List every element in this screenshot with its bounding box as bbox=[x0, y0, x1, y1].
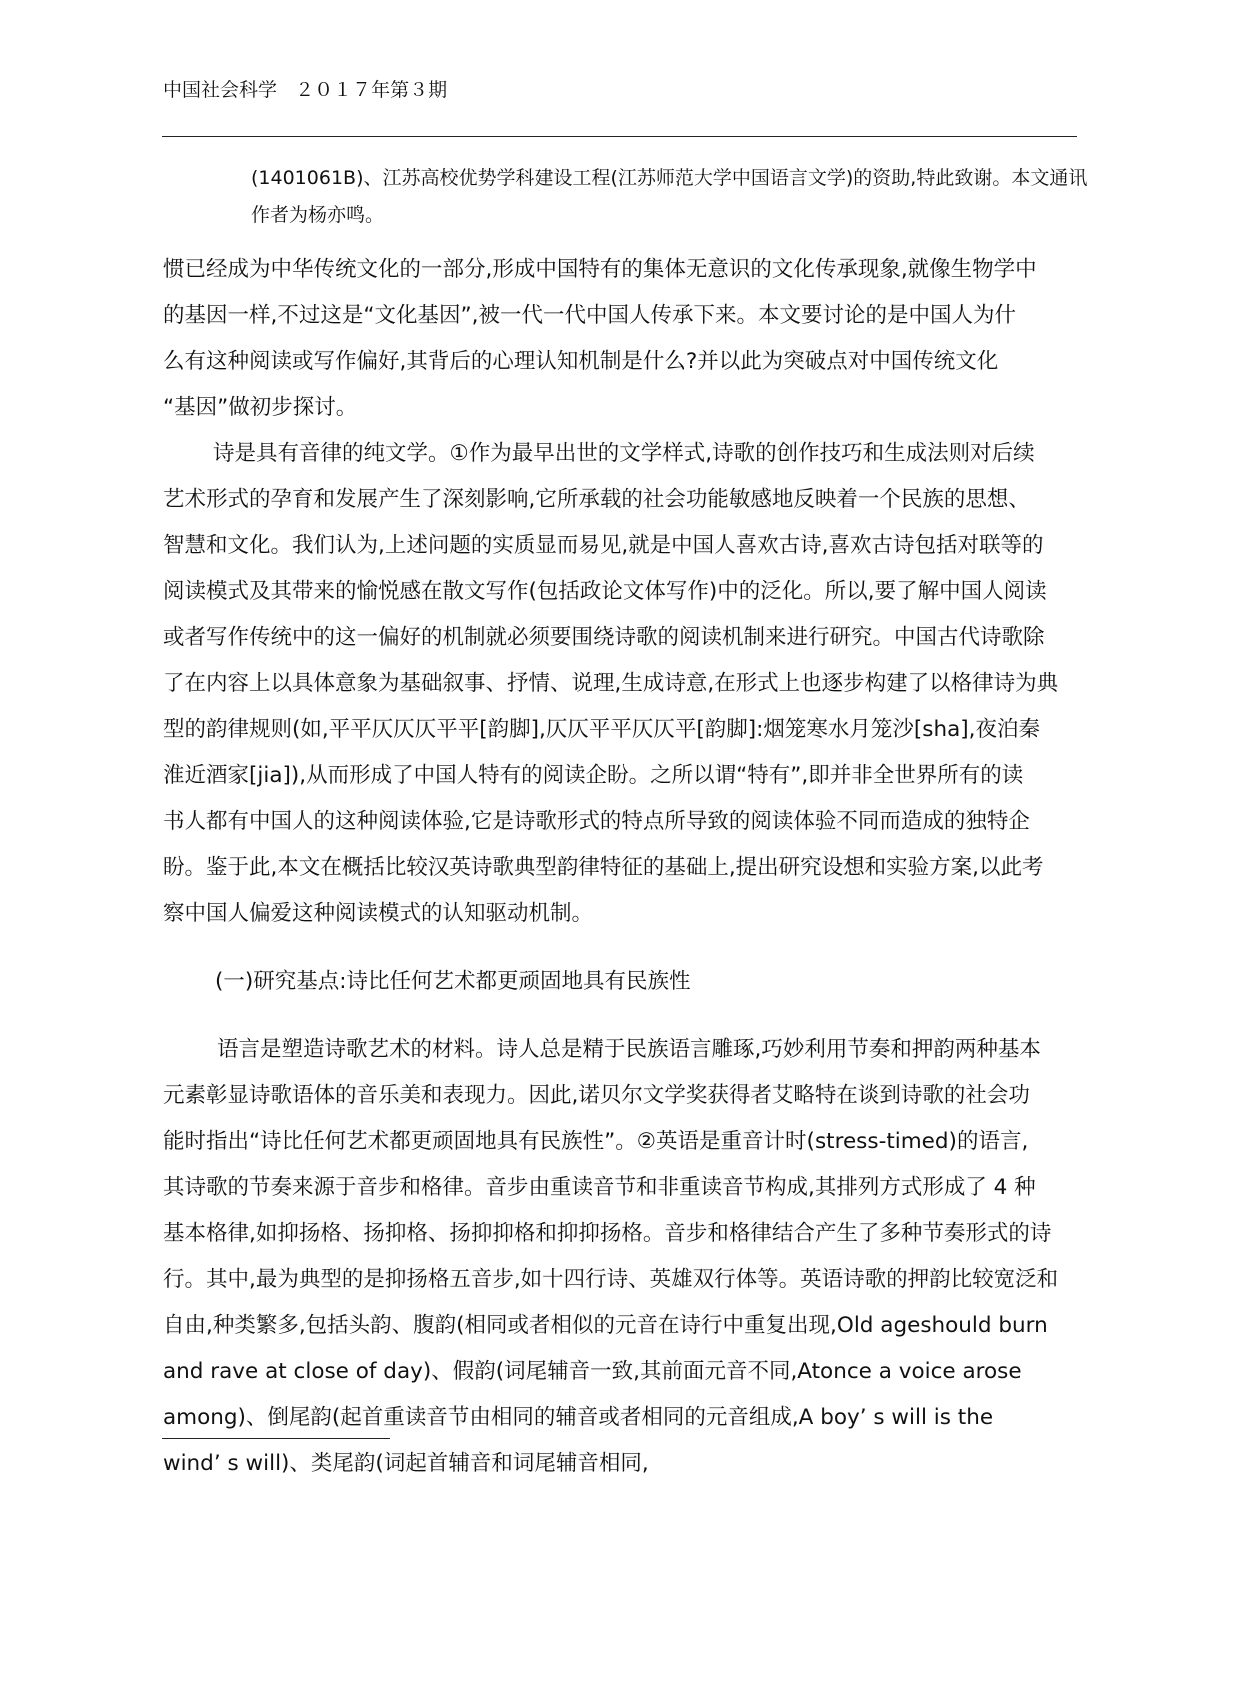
text-line: among)、倒尾韵(起首重读音节由相同的辅音或者相同的元音组成,A boy’ … bbox=[163, 1395, 1093, 1441]
footnote-separator-rule bbox=[162, 1438, 390, 1439]
text-line: “基因”做初步探讨。 bbox=[163, 385, 1093, 431]
text-line: 的基因一样,不过这是“文化基因”,被一代一代中国人传承下来。本文要讨论的是中国人… bbox=[163, 293, 1093, 339]
text-line: 淮近酒家[jia]),从而形成了中国人特有的阅读企盼。之所以谓“特有”,即并非全… bbox=[163, 753, 1093, 799]
journal-title: 中国社会科学 bbox=[163, 79, 277, 101]
issue-label: ２０１７年第３期 bbox=[295, 79, 447, 101]
text-line: 么有这种阅读或写作偏好,其背后的心理认知机制是什么?并以此为突破点对中国传统文化 bbox=[163, 339, 1093, 385]
paragraph-2: 诗是具有音律的纯文学。①作为最早出世的文学样式,诗歌的创作技巧和生成法则对后续 … bbox=[163, 431, 1093, 937]
text-line: 或者写作传统中的这一偏好的机制就必须要围绕诗歌的阅读机制来进行研究。中国古代诗歌… bbox=[163, 615, 1093, 661]
text-line: 能时指出“诗比任何艺术都更顽固地具有民族性”。②英语是重音计时(stress-t… bbox=[163, 1119, 1093, 1165]
article-body: 惯已经成为中华传统文化的一部分,形成中国特有的集体无意识的文化传承现象,就像生物… bbox=[163, 247, 1093, 1487]
text-line: 阅读模式及其带来的愉悦感在散文写作(包括政论文体写作)中的泛化。所以,要了解中国… bbox=[163, 569, 1093, 615]
header-rule bbox=[162, 136, 1077, 137]
footnote-line: (1401061B)、江苏高校优势学科建设工程(江苏师范大学中国语言文学)的资助… bbox=[251, 160, 1091, 197]
text-line: 惯已经成为中华传统文化的一部分,形成中国特有的集体无意识的文化传承现象,就像生物… bbox=[163, 247, 1093, 293]
footnote-continuation: (1401061B)、江苏高校优势学科建设工程(江苏师范大学中国语言文学)的资助… bbox=[251, 160, 1091, 234]
text-line: 自由,种类繁多,包括头韵、腹韵(相同或者相似的元音在诗行中重复出现,Old ag… bbox=[163, 1303, 1093, 1349]
text-line: 其诗歌的节奏来源于音步和格律。音步由重读音节和非重读音节构成,其排列方式形成了 … bbox=[163, 1165, 1093, 1211]
text-line: 语言是塑造诗歌艺术的材料。诗人总是精于民族语言雕琢,巧妙利用节奏和押韵两种基本 bbox=[163, 1027, 1093, 1073]
text-line: 艺术形式的孕育和发展产生了深刻影响,它所承载的社会功能敏感地反映着一个民族的思想… bbox=[163, 477, 1093, 523]
text-line: and rave at close of day)、假韵(词尾辅音一致,其前面元… bbox=[163, 1349, 1093, 1395]
text-line: 元素彰显诗歌语体的音乐美和表现力。因此,诺贝尔文学奖获得者艾略特在谈到诗歌的社会… bbox=[163, 1073, 1093, 1119]
text-line: 了在内容上以具体意象为基础叙事、抒情、说理,生成诗意,在形式上也逐步构建了以格律… bbox=[163, 661, 1093, 707]
text-line: 诗是具有音律的纯文学。①作为最早出世的文学样式,诗歌的创作技巧和生成法则对后续 bbox=[163, 431, 1093, 477]
text-line: 基本格律,如抑扬格、扬抑格、扬抑抑格和抑抑扬格。音步和格律结合产生了多种节奏形式… bbox=[163, 1211, 1093, 1257]
text-line: 盼。鉴于此,本文在概括比较汉英诗歌典型韵律特征的基础上,提出研究设想和实验方案,… bbox=[163, 845, 1093, 891]
text-line: 智慧和文化。我们认为,上述问题的实质显而易见,就是中国人喜欢古诗,喜欢古诗包括对… bbox=[163, 523, 1093, 569]
section-heading: (一)研究基点:诗比任何艺术都更顽固地具有民族性 bbox=[163, 959, 1093, 1005]
paragraph-3: 语言是塑造诗歌艺术的材料。诗人总是精于民族语言雕琢,巧妙利用节奏和押韵两种基本 … bbox=[163, 1027, 1093, 1487]
paragraph-1: 惯已经成为中华传统文化的一部分,形成中国特有的集体无意识的文化传承现象,就像生物… bbox=[163, 247, 1093, 431]
text-line: 行。其中,最为典型的是抑扬格五音步,如十四行诗、英雄双行体等。英语诗歌的押韵比较… bbox=[163, 1257, 1093, 1303]
running-header: 中国社会科学 ２０１７年第３期 bbox=[163, 76, 447, 104]
text-line: 书人都有中国人的这种阅读体验,它是诗歌形式的特点所导致的阅读体验不同而造成的独特… bbox=[163, 799, 1093, 845]
text-line: 型的韵律规则(如,平平仄仄仄平平[韵脚],仄仄平平仄仄平[韵脚]:烟笼寒水月笼沙… bbox=[163, 707, 1093, 753]
text-line: wind’ s will)、类尾韵(词起首辅音和词尾辅音相同, bbox=[163, 1441, 1093, 1487]
footnote-line: 作者为杨亦鸣。 bbox=[251, 197, 1091, 234]
text-line: 察中国人偏爱这种阅读模式的认知驱动机制。 bbox=[163, 891, 1093, 937]
